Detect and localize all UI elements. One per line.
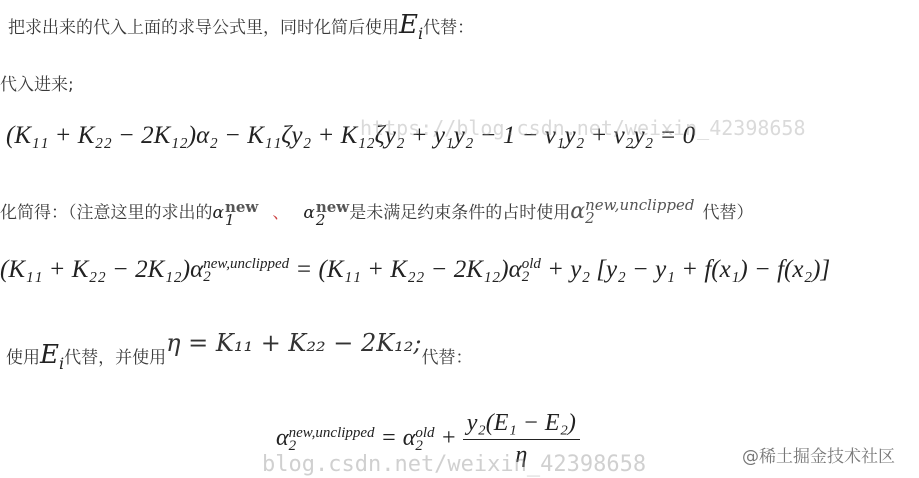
paragraph-4-mid: 代替，并使用 [64, 348, 166, 368]
paragraph-4: 使用Ei代替，并使用η = K₁₁ + K₂₂ − 2K₁₂;代替： [6, 340, 473, 370]
separator: 、 [272, 203, 289, 223]
alpha-2-unclipped: αnew,unclipped2 [570, 199, 694, 224]
paragraph-4-tail: 代替： [422, 348, 473, 368]
symbol-E: Ei [399, 10, 423, 40]
watermark-url-1: https://blog.csdn.net/weixin_42398658 [360, 116, 806, 140]
watermark-url-2: blog.csdn.net/weixin_42398658 [262, 452, 646, 477]
paragraph-3-mid: 是未满足约束条件的占时使用 [349, 203, 570, 223]
equation-2: (K₁₁ + K₂₂ − 2K₁₂)αnew,unclipped2 = (K₁₁… [0, 256, 830, 285]
paragraph-3-text: 化简得：（注意这里的求出的 [0, 203, 213, 223]
symbol-E: Ei [40, 340, 64, 370]
paragraph-3-tail: 代替） [702, 203, 753, 223]
paragraph-3: 化简得：（注意这里的求出的αnew1、αnew2是未满足约束条件的占时使用αne… [0, 198, 753, 228]
alpha-1-new: αnew1 [213, 203, 259, 223]
paragraph-1-text: 把求出来的代入上面的求导公式里，同时化简后使用 [8, 18, 399, 38]
paragraph-4-text: 使用 [6, 348, 40, 368]
paragraph-1: 把求出来的代入上面的求导公式里，同时化简后使用Ei代替： [8, 10, 474, 40]
juejin-badge: @稀土掘金技术社区 [742, 442, 895, 467]
alpha-2-new: αnew2 [303, 203, 349, 223]
paragraph-2: 代入进来; [0, 70, 74, 95]
paragraph-1-tail: 代替： [423, 18, 474, 38]
eta-definition: η = K₁₁ + K₂₂ − 2K₁₂; [166, 329, 421, 357]
